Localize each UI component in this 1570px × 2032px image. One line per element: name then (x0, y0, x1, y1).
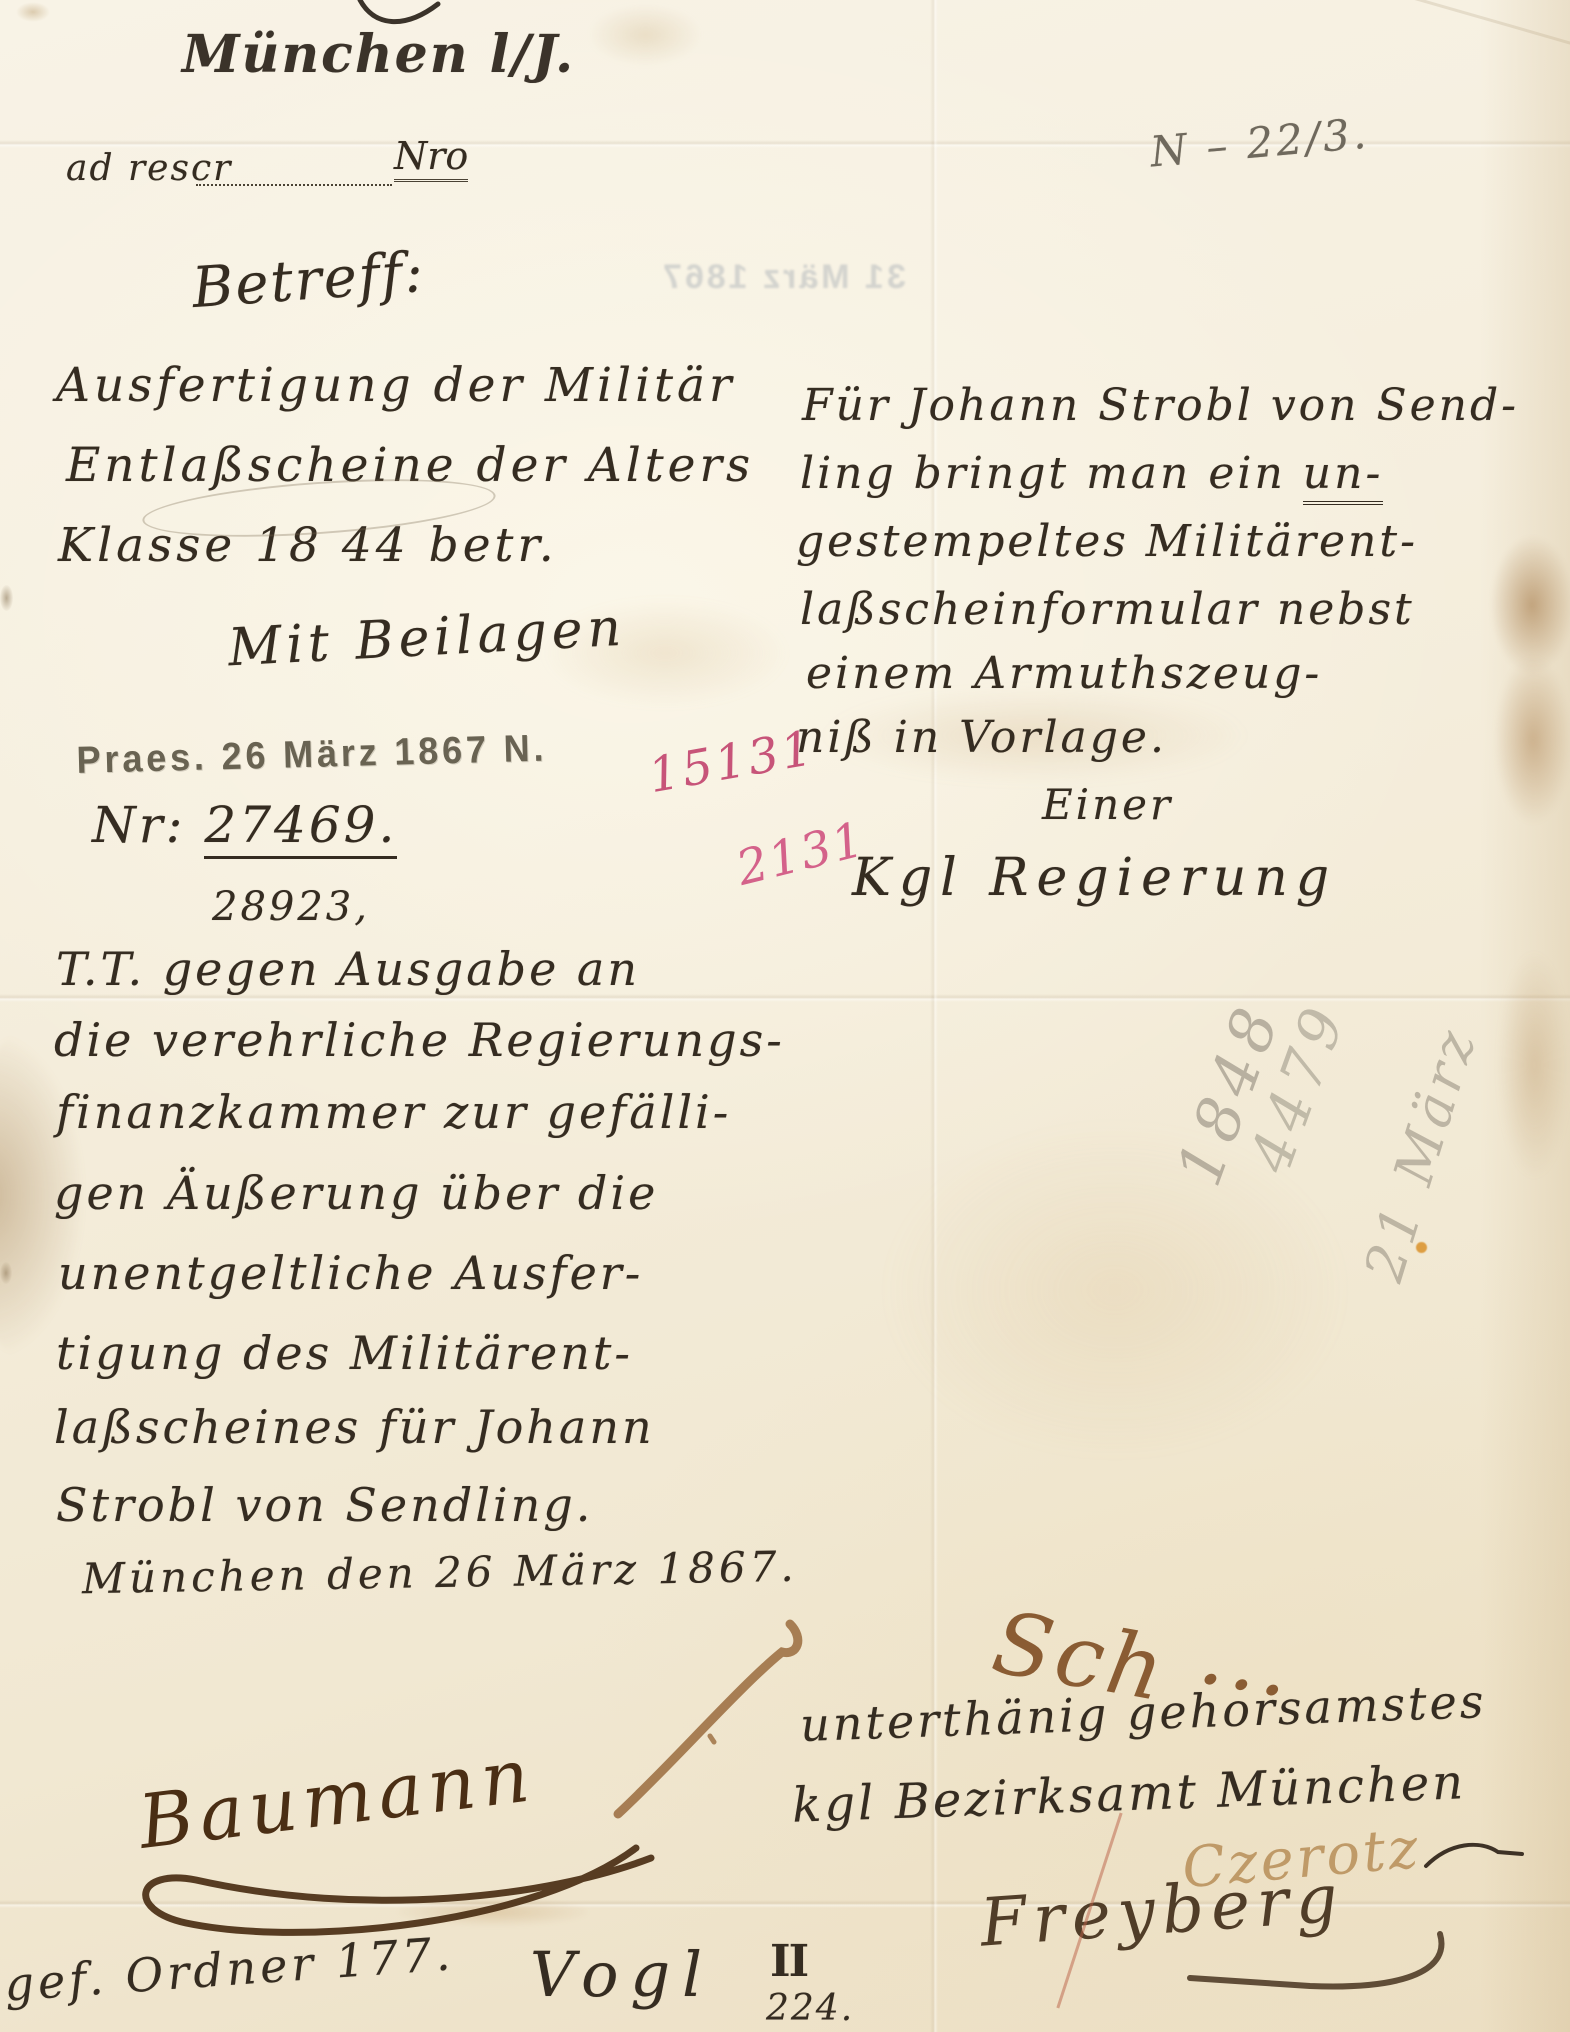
right-col-line-4: laßscheinformular nebst (800, 584, 1415, 635)
right-col-line-5: einem Armuthszeug- (806, 648, 1322, 699)
registry-number: 27469. (204, 796, 397, 859)
right-col-line-2-pre: ling bringt man ein (800, 448, 1303, 499)
closing-flourish (1420, 1838, 1530, 1878)
body-line-2: die verehrliche Regierungs- (54, 1013, 785, 1067)
address-einer: Einer (1042, 780, 1173, 829)
body-line-1: T.T. gegen Ausgabe an (56, 942, 640, 996)
ghost-stamp-bleedthrough: 31 März 1867 (660, 258, 906, 297)
right-col-line-2: ling bringt man ein un- (800, 448, 1383, 499)
red-pencil-number-1: 15131 (644, 720, 819, 804)
body-line-4: gen Äußerung über die (54, 1166, 658, 1220)
right-col-line-1: Für Johann Strobl von Send- (802, 380, 1519, 431)
crease-diagonal (1288, 0, 1570, 82)
stain-corner (16, 2, 50, 22)
body-line-5: unentgeltliche Ausfer- (58, 1246, 643, 1300)
edge-hole-1 (0, 585, 13, 611)
stain-right-1 (1490, 535, 1570, 675)
enclosure-note: Mit Beilagen (227, 598, 628, 679)
registry-secondary-number: 28923, (212, 884, 370, 930)
body-line-6: tigung des Militärent- (56, 1326, 633, 1380)
pencil-note-3: 21 März (1352, 1019, 1489, 1289)
footer-number: 224. (766, 1988, 854, 2029)
right-col-line-3: gestempeltes Militärent- (796, 516, 1418, 567)
right-col-line-2-underlined: un- (1303, 448, 1384, 505)
corner-registry-note: N – 22/3. (1148, 109, 1371, 177)
received-date-stamp: Praes. 26 März 1867 N. (76, 728, 548, 783)
footer-roman-numeral: II (770, 1936, 807, 1987)
stain-right-3 (1498, 950, 1570, 1180)
betreff-label: Betreff: (190, 240, 427, 321)
ad-rescr-dotted-line (196, 168, 392, 186)
registry-number-prefix: Nr: (92, 796, 204, 854)
registry-number-line: Nr: 27469. (92, 796, 397, 854)
body-line-7: laßscheines für Johann (54, 1400, 655, 1454)
footer-name: Vogl (530, 1938, 714, 2011)
stain-right-2 (1494, 655, 1570, 825)
stain-top (588, 4, 703, 66)
date-line: München den 26 März 1867. (82, 1542, 798, 1603)
document-scan: München l/J. ad rescr Nro N – 22/3. 31 M… (0, 0, 1570, 2032)
right-col-line-6: niß in Vorlage. (796, 712, 1167, 763)
body-line-8: Strobl von Sendling. (56, 1478, 593, 1532)
signature-flourish-left (590, 1616, 830, 1826)
edge-hole-2 (0, 1262, 12, 1284)
header-place: München l/J. (182, 24, 575, 85)
stain-right-strip (1480, 0, 1570, 2032)
nro-label: Nro (394, 134, 468, 182)
address-kgl-regierung: Kgl Regierung (852, 848, 1337, 908)
signature-right-flourish (1130, 1928, 1460, 2018)
body-line-3: finanzkammer zur gefälli- (56, 1085, 731, 1139)
subject-line-1: Ausfertigung der Militär (56, 358, 735, 413)
red-pencil-number-2: 2131 (731, 811, 871, 897)
